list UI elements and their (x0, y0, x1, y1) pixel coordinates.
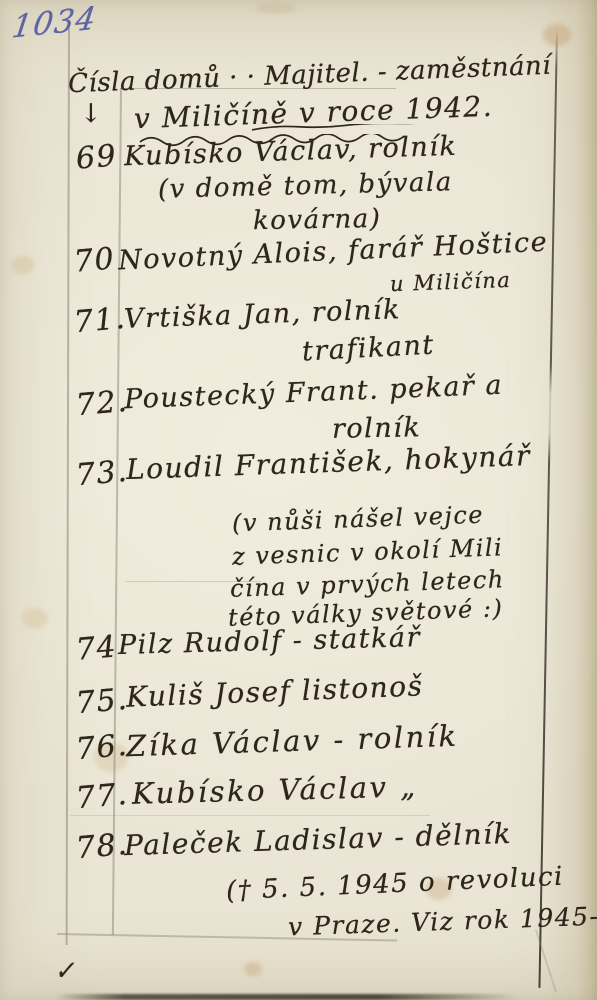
entry-number: 76. (75, 731, 130, 765)
paper-stain (256, 2, 296, 14)
table-left-vertical-rule (66, 28, 70, 945)
entry-note-line: (v nůši nášel vejce (232, 503, 485, 536)
entry-note-line: († 5. 5. 1945 o revoluci (226, 864, 565, 905)
entry-number: 72. (75, 387, 130, 421)
entry-number: 74 (75, 632, 119, 665)
entry-number: 69 (75, 141, 119, 174)
entry-number: 70 (73, 244, 117, 277)
archive-page-number-stamp: 1034 (10, 3, 99, 44)
scanned-register-page: 1034 Čísla domů · · Majitel. - zaměstnán… (0, 0, 597, 1000)
entry-line: Kuliš Josef listonoš (126, 672, 424, 711)
entry-line: Kubísko Václav „ (132, 772, 418, 808)
paper-stain (12, 256, 34, 274)
paper-stain (244, 962, 262, 976)
entry-number: 75. (75, 685, 130, 719)
row-faint-horizontal-rule (70, 815, 430, 816)
header-down-arrow: ↓ (80, 101, 103, 127)
entry-line: Zíka Václav - rolník (126, 722, 459, 761)
entry-line: Vrtiška Jan, rolník (124, 296, 402, 333)
entry-line: Loudil František, hokynář (126, 442, 532, 484)
entry-note-line: z vesnic v okolí Mili (232, 535, 504, 568)
entry-line: Paleček Ladislav - dělník (124, 820, 513, 860)
entry-line: trafikant (301, 332, 435, 366)
entry-number: 78. (75, 830, 130, 864)
entry-line: rolník (332, 414, 422, 443)
paper-stain (22, 608, 48, 628)
entry-number: 77. (75, 780, 130, 814)
entry-line: Novotný Alois, farář Hoštice (118, 229, 549, 275)
entry-number: 73. (75, 457, 130, 491)
page-edge-vertical-line (538, 30, 558, 988)
entry-line: Poustecký Frant. pekař a (124, 372, 504, 414)
entry-line: kovárna) (253, 206, 382, 234)
entry-number: 71. (73, 304, 128, 338)
entry-note-line: v Praze. Viz rok 1945- (288, 904, 597, 940)
entry-line: u Miličína (390, 270, 512, 295)
check-mark: ✓ (53, 957, 77, 984)
bottom-page-shadow (55, 994, 517, 1000)
entry-line: Pilz Rudolf - statkář (118, 624, 422, 659)
entry-line: (v domě tom, bývala (158, 169, 453, 203)
